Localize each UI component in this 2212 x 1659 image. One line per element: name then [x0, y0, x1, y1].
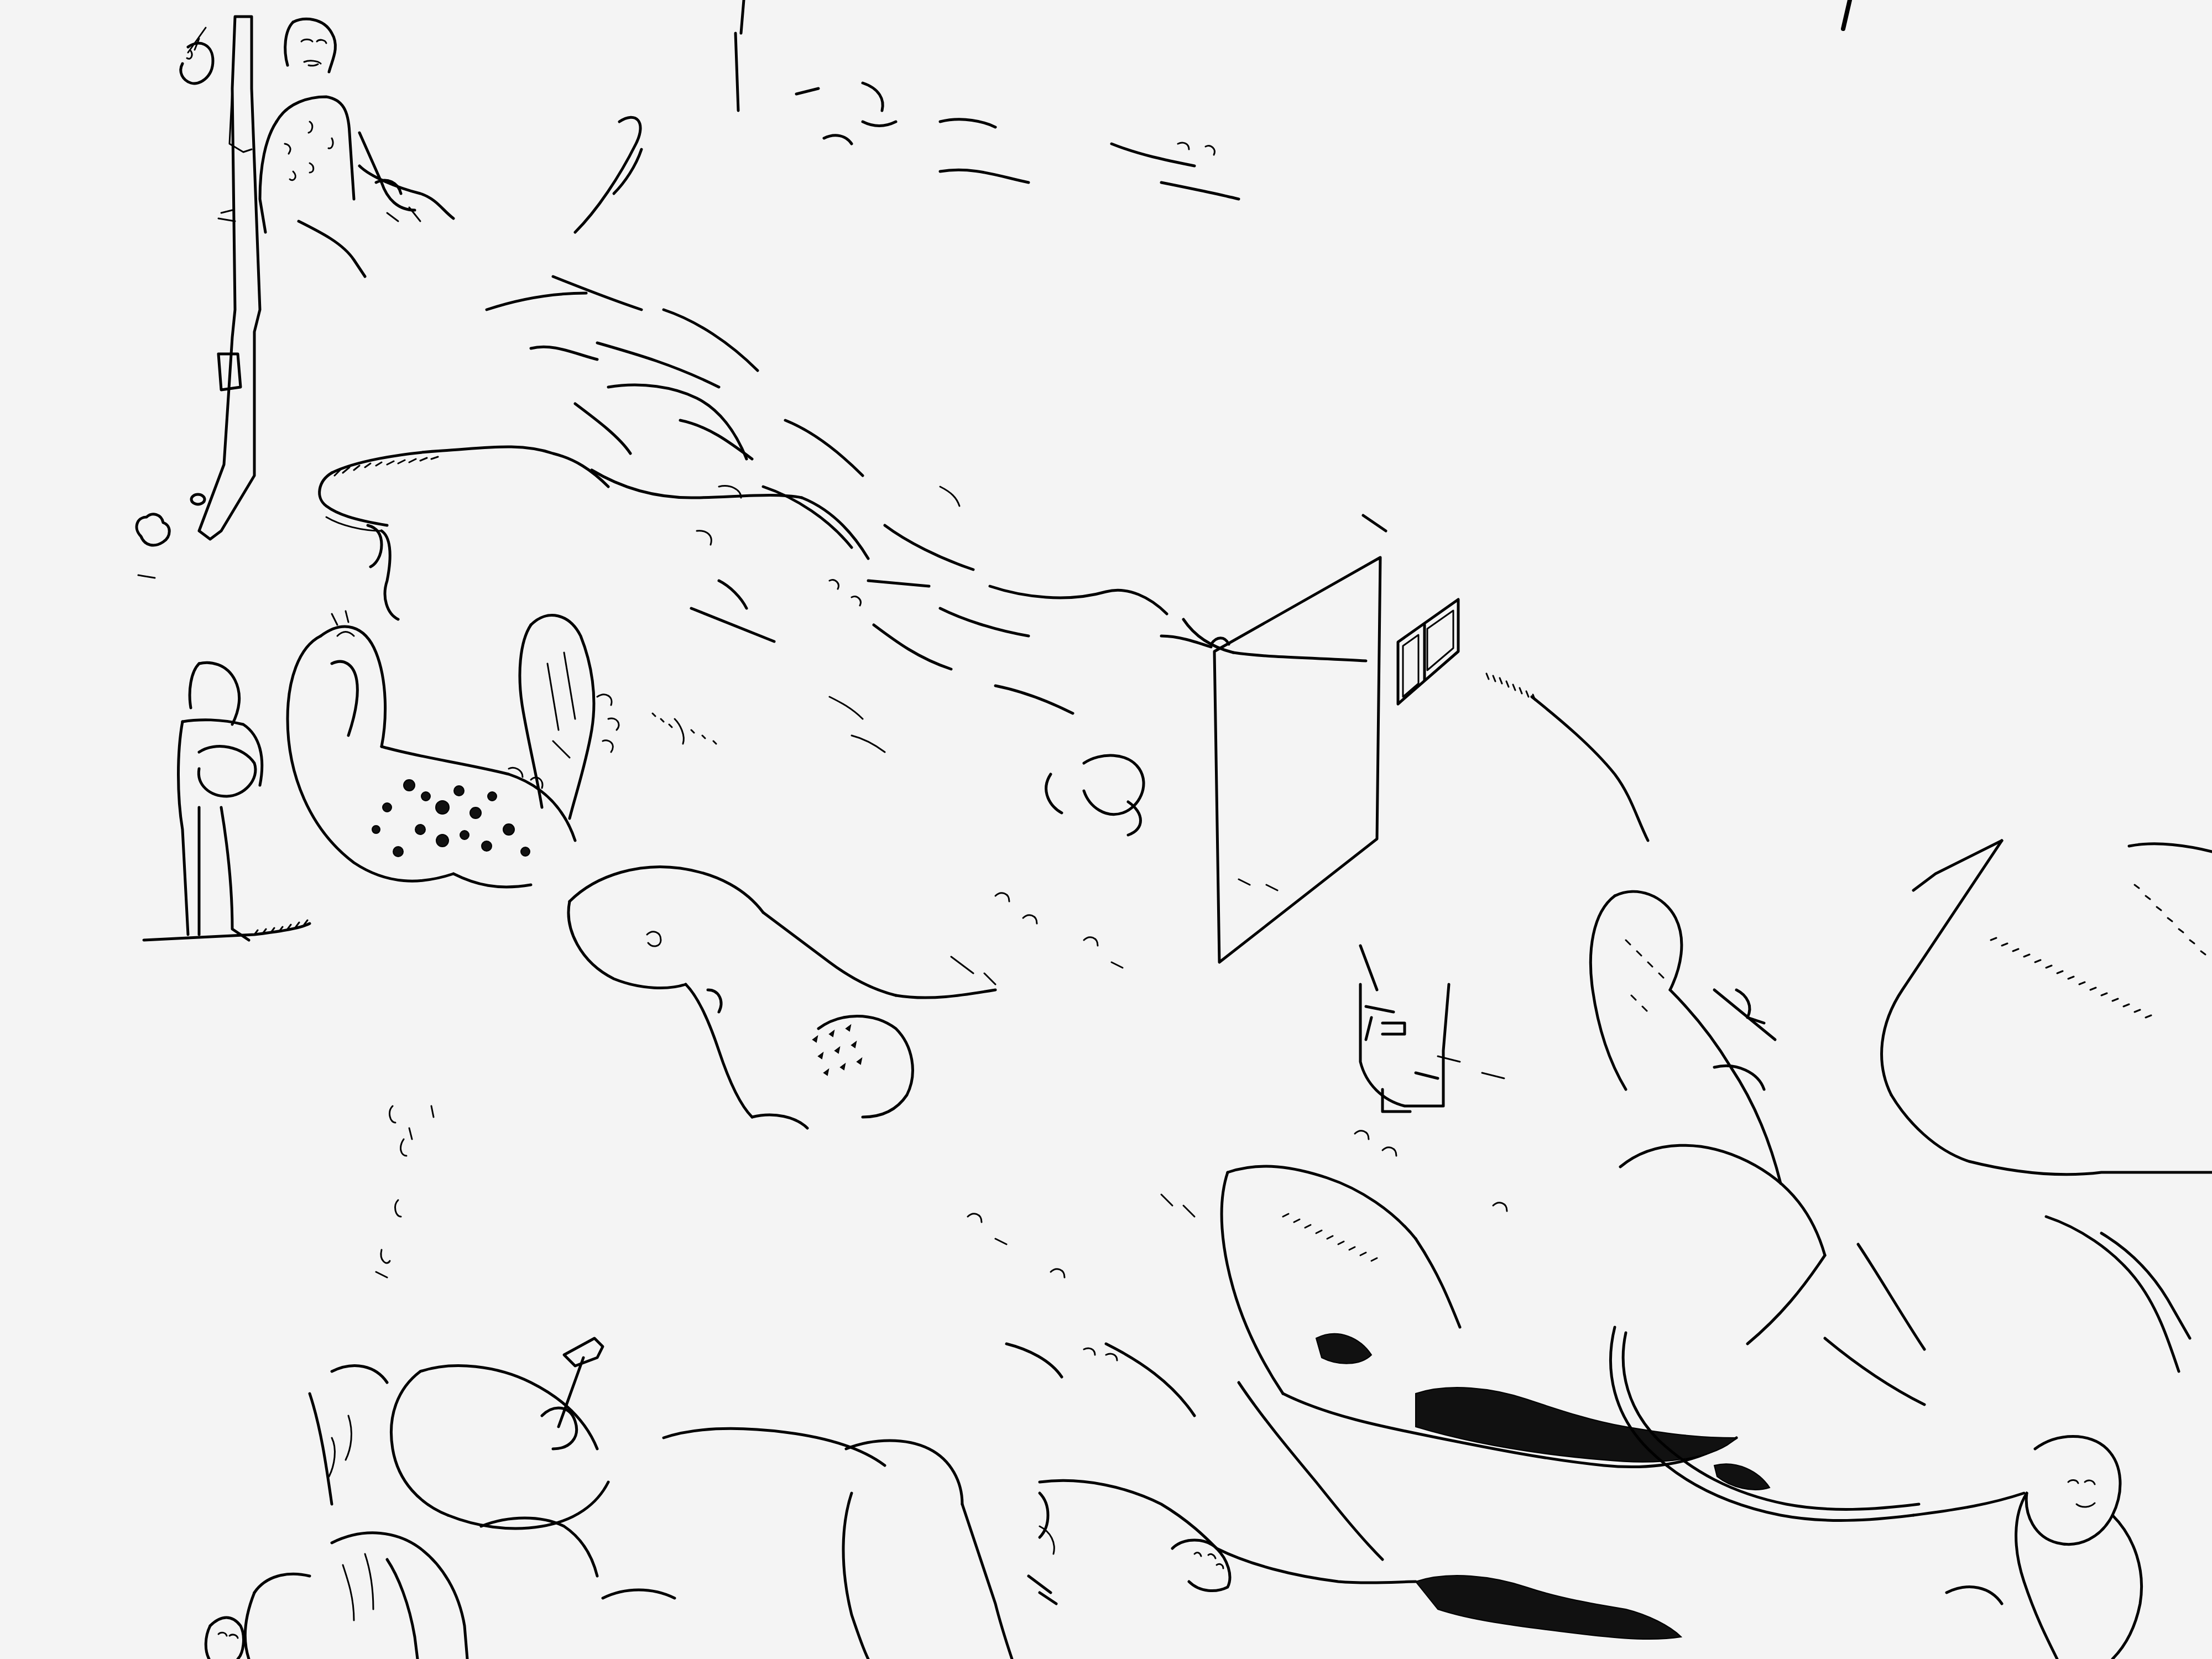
- paper-background: [0, 0, 2212, 1659]
- artwork-canvas: [0, 0, 2212, 1659]
